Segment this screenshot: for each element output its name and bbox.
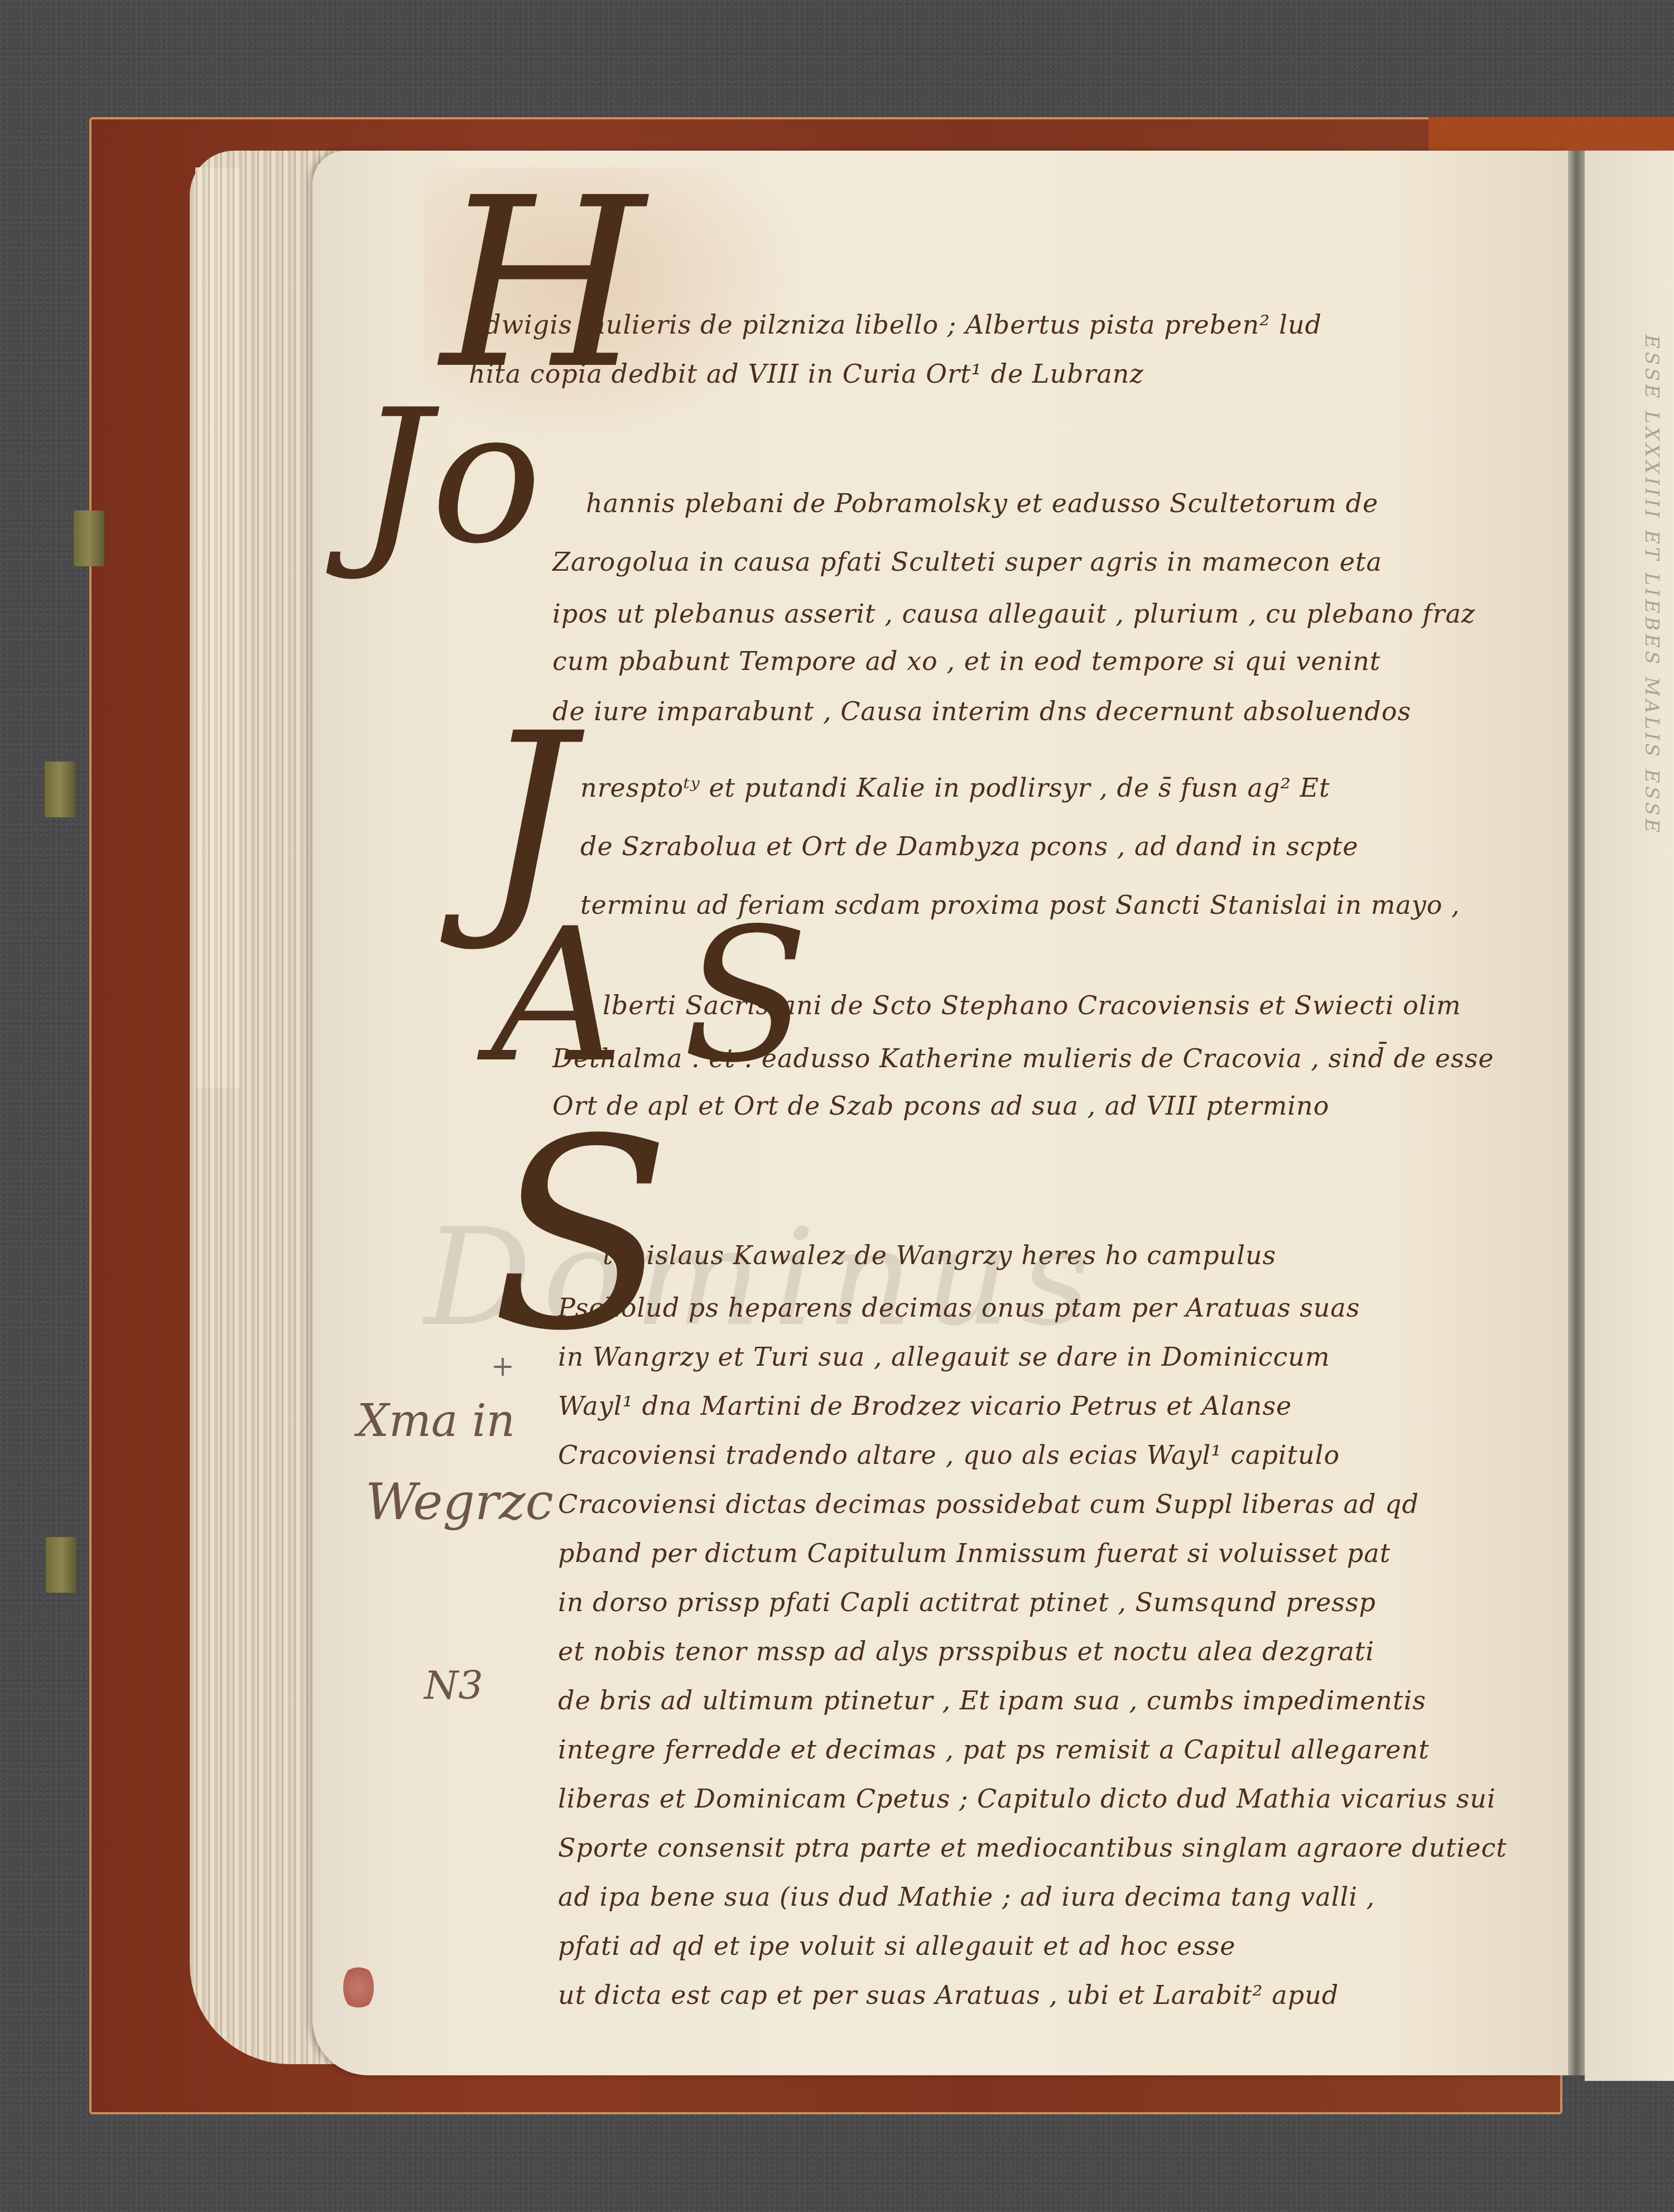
- text-line: terminu ad feriam scdam proxima post San…: [580, 876, 1641, 934]
- text-line: Cracoviensi tradendo altare , quo als ec…: [558, 1430, 1663, 1480]
- text-line: Ort de apl et Ort de Szab pcons ad sua ,…: [552, 1082, 1663, 1130]
- text-line: ut dicta est cap et per suas Aratuas , u…: [558, 1970, 1663, 2020]
- entry-1: edwigis mulieris de pilzniza libello ; A…: [469, 296, 1529, 393]
- marginal-note: Xma in: [357, 1395, 515, 1447]
- text-line: hita copia dedbit ad VIII in Curia Ort¹ …: [469, 354, 1529, 393]
- text-line: de bris ad ultimum ptinetur , Et ipam su…: [558, 1676, 1663, 1725]
- leather-binding-top-edge: [1428, 117, 1674, 151]
- entry-2: hannis plebani de Pobramolsky et eadusso…: [586, 474, 1646, 736]
- text-line: nresptoᵗʸ et putandi Kalie in podlirsyr …: [580, 759, 1641, 817]
- brass-clasp-icon: [74, 510, 104, 566]
- entry-3: nresptoᵗʸ et putandi Kalie in podlirsyr …: [580, 759, 1641, 934]
- text-line: Wayl¹ dna Martini de Brodzez vicario Pet…: [558, 1381, 1663, 1430]
- text-line: lberti Sacristani de Scto Stephano Craco…: [603, 976, 1663, 1035]
- text-line: Cracoviensi dictas decimas possidebat cu…: [558, 1480, 1663, 1529]
- text-line: tanislaus Kawalez de Wangrzy heres ho ca…: [603, 1227, 1663, 1283]
- brass-clasp-icon: [45, 762, 75, 817]
- text-line: in Wangrzy et Turi sua , allegauit se da…: [558, 1332, 1663, 1381]
- text-line: et nobis tenor mssp ad alys prsspibus et…: [558, 1627, 1663, 1676]
- text-line: liberas et Dominicam Cpetus ; Capitulo d…: [558, 1774, 1663, 1823]
- text-line: Dethalma . et . eadusso Katherine mulier…: [552, 1035, 1663, 1082]
- text-line: ipos ut plebanus asserit , causa allegau…: [552, 591, 1646, 636]
- text-line: pfati ad qd et ipe voluit si allegauit e…: [558, 1921, 1663, 1970]
- text-line: de Szrabolua et Ort de Dambyza pcons , a…: [580, 817, 1641, 876]
- red-stain-spot: [343, 1964, 374, 2011]
- text-line: Pscholud ps heparens decimas onus ptam p…: [558, 1283, 1663, 1332]
- marginal-number: N3: [424, 1662, 483, 1708]
- brass-clasp-icon: [46, 1537, 76, 1593]
- text-line: cum pbabunt Tempore ad xo , et in eod te…: [552, 636, 1646, 686]
- text-line: edwigis mulieris de pilzniza libello ; A…: [469, 296, 1529, 354]
- text-line: de iure imparabunt , Causa interim dns d…: [552, 686, 1646, 736]
- text-line: in dorso prissp pfati Capli actitrat pti…: [558, 1578, 1663, 1627]
- text-line: Sporte consensit ptra parte et mediocant…: [558, 1823, 1663, 1872]
- text-line: hannis plebani de Pobramolsky et eadusso…: [586, 474, 1646, 533]
- text-line: pband per dictum Capitulum Inmissum fuer…: [558, 1529, 1663, 1578]
- text-line: Zarogolua in causa pfati Sculteti super …: [552, 533, 1646, 591]
- decorated-initial: Jo: [357, 385, 542, 569]
- entry-4: lberti Sacristani de Scto Stephano Craco…: [603, 976, 1663, 1130]
- text-line: ad ipa bene sua (ius dud Mathie ; ad iur…: [558, 1872, 1663, 1921]
- text-line: integre ferredde et decimas , pat ps rem…: [558, 1725, 1663, 1774]
- cross-mark-icon: +: [491, 1350, 514, 1382]
- marginal-note: Wegrzc: [365, 1473, 554, 1531]
- entry-5: tanislaus Kawalez de Wangrzy heres ho ca…: [603, 1227, 1663, 2020]
